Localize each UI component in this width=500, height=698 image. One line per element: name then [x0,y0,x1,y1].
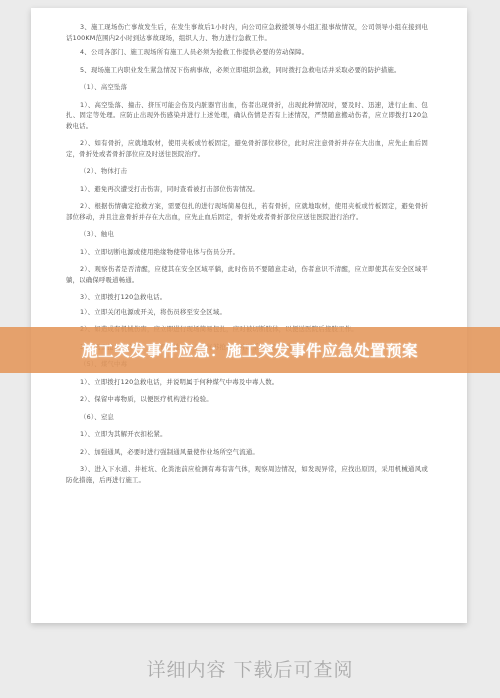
paragraph: 5、现场施工内职业发生紧急情况下伤病事故，必须立即组织急救，同时拨打急救电话并采… [66,65,428,76]
download-hint[interactable]: 详细内容 下载后可查阅 [0,655,500,682]
paragraph: 1）、立即切断电源或使用绝缘物使带电体与伤员分开。 [66,247,428,258]
paragraph: 2）、加强通风，必要时进行强制通风量使作业场所空气流通。 [66,447,428,458]
section-heading: （6）、窒息 [66,412,428,423]
document-title: 施工突发事件应急：施工突发事件应急处置预案 [82,339,418,361]
paragraph: 1）、避免再次遭受打击伤害，同时查看被打击部位伤害情况。 [66,184,428,195]
title-banner: 施工突发事件应急：施工突发事件应急处置预案 [0,327,500,373]
paragraph: 2）、保留中毒物质，以便医疗机构进行检验。 [66,394,428,405]
section-heading: （1）、高空坠落 [66,82,428,93]
paragraph: 3）、进入下水道、井桩坑、化粪池前应检测有毒有害气体，观察周边情况，如发现异常，… [66,464,428,485]
paragraph: 2）、根据伤情确定抢救方案，需要包扎的进行现场简易包扎，若有骨折，应就地取材，使… [66,201,428,222]
paragraph: 1）、高空坠落、撞击、挤压可能会伤及内脏器官出血，伤者出现骨折，出现此种情况时，… [66,100,428,132]
document-viewer: 3、施工现场伤亡事故发生后，在发生事故后1小时内，向公司应急救援领导小组汇报事故… [0,0,500,698]
section-heading: （2）、物体打击 [66,166,428,177]
document-body: 3、施工现场伤亡事故发生后，在发生事故后1小时内，向公司应急救援领导小组汇报事故… [66,22,428,492]
section-heading: （3）、触电 [66,229,428,240]
paragraph: 1）、立即拨打120急救电话，并说明属于何种煤气中毒及中毒人数。 [66,377,428,388]
paragraph: 2）、如有骨折，应就地取材，使用夹板或竹板固定，避免骨折部位移位，此时应注意骨折… [66,138,428,159]
paragraph: 1）、立即为其解开衣扣松紧。 [66,429,428,440]
paragraph: 3、施工现场伤亡事故发生后，在发生事故后1小时内，向公司应急救援领导小组汇报事故… [66,22,428,43]
document-page: 3、施工现场伤亡事故发生后，在发生事故后1小时内，向公司应急救援领导小组汇报事故… [31,8,467,623]
paragraph: 1）、立即关闭电源或开关，将伤员移至安全区域。 [66,307,428,318]
paragraph: 4、公司各部门、施工现场所有施工人员必须为抢救工作提供必要的劳动保障。 [66,47,428,58]
paragraph: 2）、观察伤者是否清醒，应使其在安全区域平躺，此时伤员不要随意走动，伤者意识不清… [66,264,428,285]
paragraph: 3）、立即拨打120急救电话。 [66,292,428,303]
